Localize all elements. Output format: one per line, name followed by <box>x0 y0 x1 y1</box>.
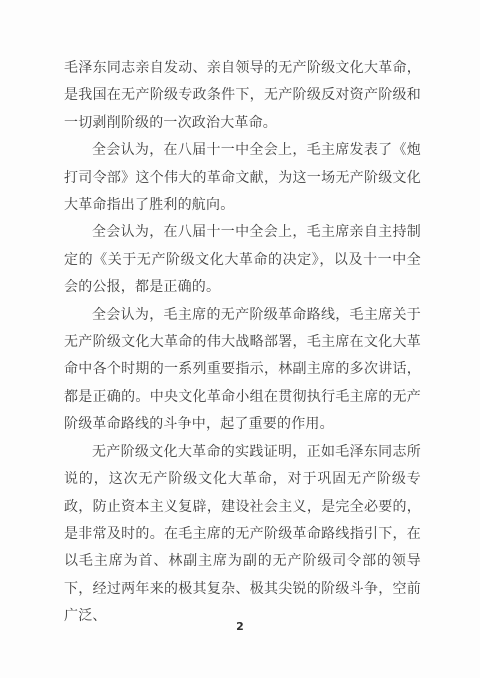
document-body-text: 毛泽东同志亲自发动、亲自领导的无产阶级文化大革命，是我国在无产阶级专政条件下，无… <box>64 55 421 631</box>
paragraph-3: 全会认为，在八届十一中全会上，毛主席亲自主持制定的《关于无产阶级文化大革命的决定… <box>64 219 421 301</box>
paragraph-4: 全会认为，毛主席的无产阶级革命路线，毛主席关于无产阶级文化大革命的伟大战略部署，… <box>64 302 421 439</box>
paragraph-5: 无产阶级文化大革命的实践证明，正如毛泽东同志所说的，这次无产阶级文化大革命，对于… <box>64 439 421 631</box>
paragraph-2: 全会认为，在八届十一中全会上，毛主席发表了《炮打司令部》这个伟大的革命文献，为这… <box>64 137 421 219</box>
page-number: 2 <box>0 620 480 633</box>
paragraph-1: 毛泽东同志亲自发动、亲自领导的无产阶级文化大革命，是我国在无产阶级专政条件下，无… <box>64 55 421 137</box>
document-page: 毛泽东同志亲自发动、亲自领导的无产阶级文化大革命，是我国在无产阶级专政条件下，无… <box>0 0 480 678</box>
